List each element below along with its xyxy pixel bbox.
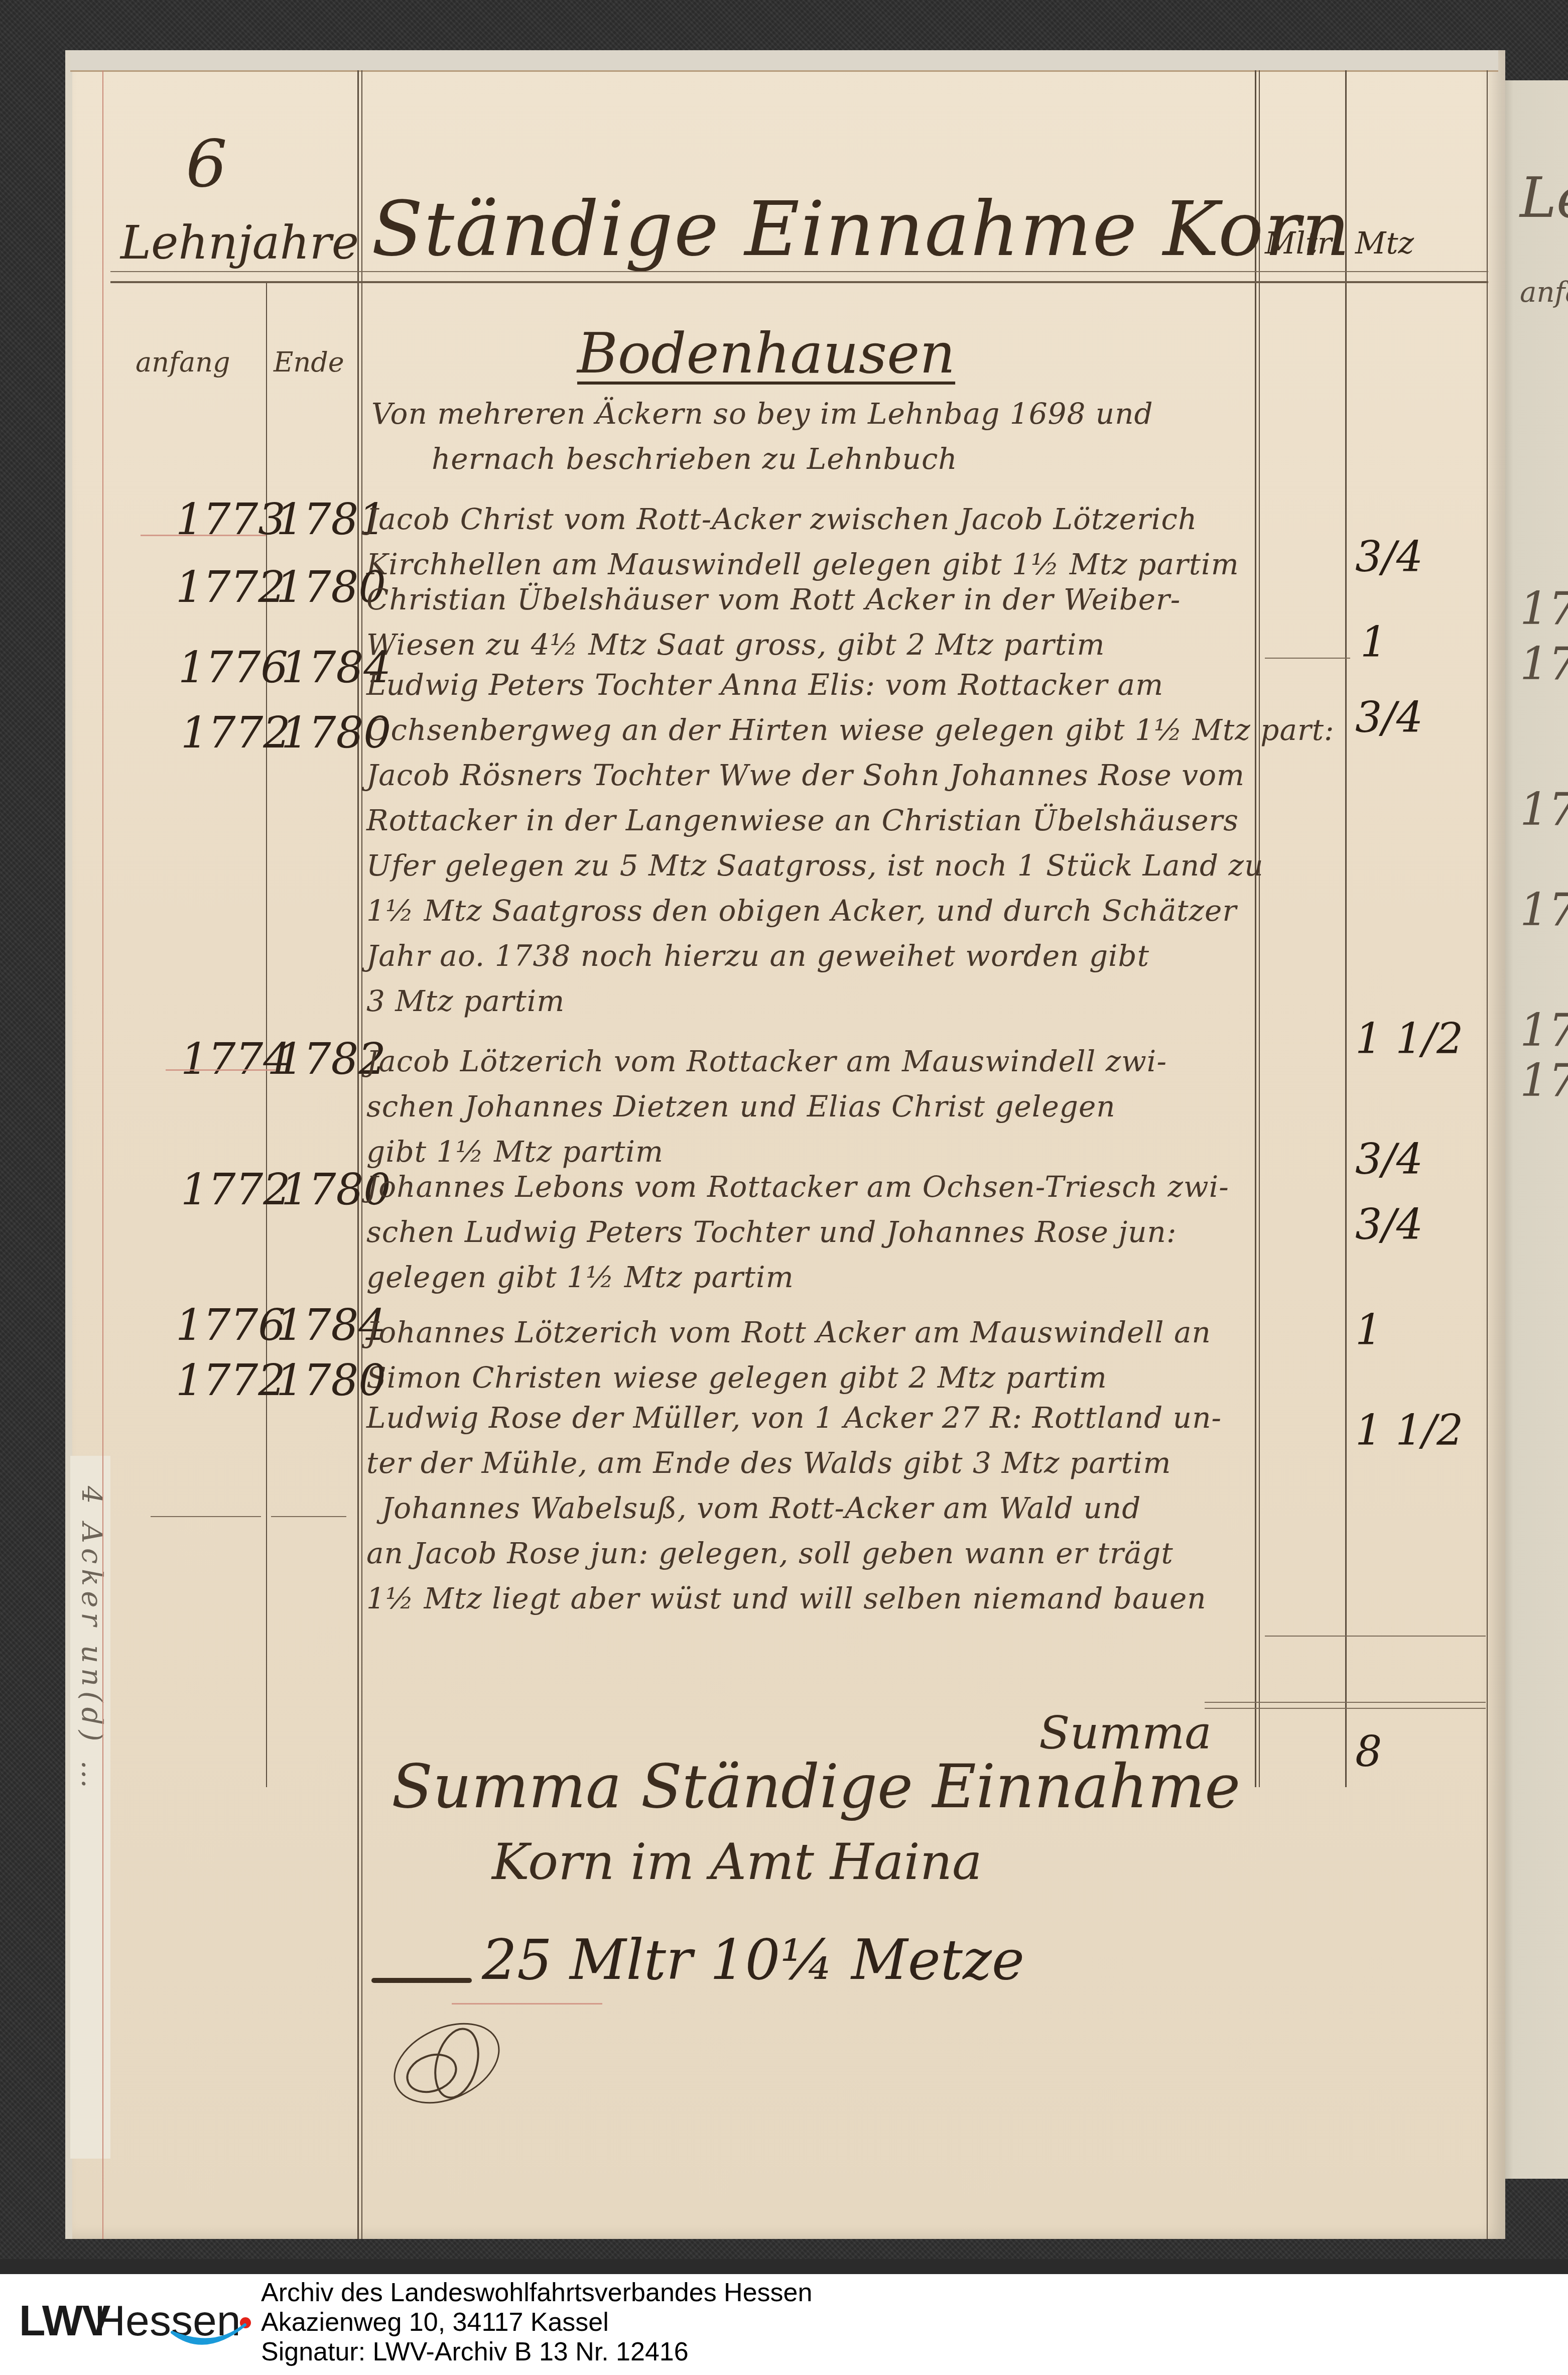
red-underline: [166, 1069, 276, 1071]
entry-line: Kirchhellen am Mauswindell gelegen gibt …: [366, 547, 1239, 581]
entry-metzen: 1: [1355, 1305, 1382, 1354]
archive-signature: Signatur: LWV-Archiv B 13 Nr. 12416: [261, 2337, 812, 2367]
intro-line: hernach beschrieben zu Lehnbuch: [432, 442, 958, 476]
archive-name: Archiv des Landeswohlfahrtsverbandes Hes…: [261, 2278, 812, 2308]
entry-metzen: 3/4: [1355, 693, 1423, 742]
summa-rule-double: [1205, 1708, 1486, 1709]
subheader-ende: Ende: [274, 346, 344, 378]
entry-metzen: 3/4: [1355, 1135, 1423, 1184]
entry-end-rule: [1265, 1636, 1486, 1637]
archive-address: Akazienweg 10, 34117 Kassel: [261, 2308, 812, 2337]
column-header-metzen: Mtz: [1355, 226, 1414, 261]
facing-page-year: 177: [1520, 884, 1568, 936]
column-header-main: Ständige Einnahme Korn: [371, 186, 1351, 273]
section-title: Bodenhausen: [577, 321, 955, 386]
page-top-edge: [70, 50, 1498, 72]
binding-margin-strip: 4 Acker un(d) …: [70, 1456, 110, 2159]
summa-rule: [1205, 1702, 1486, 1703]
red-underline: [452, 2003, 602, 2005]
entry-line: an Jacob Rose jun: gelegen, soll geben w…: [366, 1536, 1173, 1570]
red-underline: [141, 535, 266, 536]
entry-line: Johannes Lebons vom Rottacker am Ochsen-…: [366, 1170, 1229, 1204]
entry-metzen: 3/4: [1355, 532, 1423, 581]
right-edge-rule: [1487, 70, 1488, 2239]
grand-total-amount: 25 Mltr 10¼ Metze: [482, 1928, 1024, 1992]
entry-line: gelegen gibt 1½ Mtz partim: [366, 1260, 794, 1294]
entry-line: Jacob Lötzerich vom Rottacker am Mauswin…: [366, 1044, 1167, 1078]
facing-page-year: 177: [1520, 783, 1568, 836]
header-rule-double: [110, 271, 1488, 272]
facing-page-edge: Lehn anfang 177 177 177 177 176 177: [1500, 80, 1568, 2179]
malter-column-rule: [1255, 70, 1256, 1787]
entry-line: ter der Mühle, am Ende des Walds gibt 3 …: [366, 1446, 1171, 1480]
entry-metzen: 1 1/2: [1355, 1406, 1463, 1455]
entry-line: schen Johannes Dietzen und Elias Christ …: [366, 1089, 1116, 1123]
facing-page-year: 177: [1520, 638, 1568, 690]
entry-line: 1½ Mtz Saatgross den obigen Acker, und d…: [366, 894, 1237, 928]
entry-line: Simon Christen wiese gelegen gibt 2 Mtz …: [366, 1360, 1107, 1395]
entry-line: Christian Übelshäuser vom Rott Acker in …: [366, 582, 1181, 616]
entry-line: Ochsenbergweg an der Hirten wiese gelege…: [366, 713, 1335, 747]
metzen-column-rule: [1345, 70, 1347, 1787]
entry-line: schen Ludwig Peters Tochter und Johannes…: [366, 1215, 1177, 1249]
flourish-stroke: [371, 1978, 472, 1983]
entry-anfang: 1772: [176, 562, 286, 612]
facing-page-year: 177: [1520, 1054, 1568, 1107]
entry-ende: 1780: [281, 708, 391, 758]
lwv-hessen-logo: LWV Hessen: [19, 2287, 255, 2352]
logo-blue-swoosh-icon: [170, 2322, 250, 2352]
entry-line: 3 Mtz partim: [366, 984, 565, 1018]
entry-anfang: 1774: [181, 1034, 291, 1084]
entry-anfang: 1772: [181, 708, 291, 758]
facing-page-year: 177: [1520, 582, 1568, 635]
entry-ende: 1780: [276, 1355, 386, 1406]
intro-line: Von mehreren Äckern so bey im Lehnbag 16…: [371, 397, 1153, 431]
entry-anfang: 1776: [178, 643, 288, 693]
archive-footer: LWV Hessen Archiv des Landeswohlfahrtsve…: [0, 2274, 1568, 2375]
subheader-anfang: anfang: [136, 346, 230, 378]
entry-line: Jacob Rösners Tochter Wwe der Sohn Johan…: [366, 758, 1245, 792]
entry-line: 1½ Mtz liegt aber wüst und will selben n…: [366, 1581, 1207, 1615]
text-column-rule: [357, 70, 359, 2239]
entry-line: Johannes Lötzerich vom Rott Acker am Mau…: [366, 1315, 1211, 1349]
entry-line: Johannes Wabelsuß, vom Rott-Acker am Wal…: [381, 1491, 1141, 1525]
entry-anfang: 1776: [176, 1300, 286, 1350]
dash-rule: [1265, 658, 1350, 659]
malter-column-rule-double: [1259, 70, 1260, 1787]
grand-total-line1: Summa Ständige Einnahme: [391, 1752, 1240, 1822]
entry-line: Ludwig Rose der Müller, von 1 Acker 27 R…: [366, 1401, 1222, 1435]
entry-metzen: 1: [1360, 617, 1387, 667]
grand-total-line2: Korn im Amt Haina: [492, 1832, 982, 1891]
entry-line: Ludwig Peters Tochter Anna Elis: vom Rot…: [366, 668, 1163, 702]
entry-line: Jacob Christ vom Rott-Acker zwischen Jac…: [366, 502, 1197, 536]
entry-anfang: 1772: [176, 1355, 286, 1406]
facing-page-sub: anfang: [1520, 276, 1568, 309]
left-margin-rule: [102, 70, 103, 2239]
facing-page-year: 176: [1520, 1004, 1568, 1057]
section-summa-metzen: 8: [1355, 1727, 1382, 1776]
column-header-years: Lehnjahre: [120, 216, 359, 270]
entry-anfang: 1773: [176, 494, 286, 545]
entry-line: Ufer gelegen zu 5 Mtz Saatgross, ist noc…: [366, 848, 1263, 883]
entry-line: Jahr ao. 1738 noch hierzu an geweihet wo…: [366, 939, 1149, 973]
blank-years-dash: [151, 1516, 261, 1517]
text-column-rule-double: [361, 70, 362, 2239]
entry-metzen: 1 1/2: [1355, 1014, 1463, 1063]
entry-line: Rottacker in der Langenwiese an Christia…: [366, 803, 1239, 837]
page-number: 6: [186, 126, 227, 202]
closing-flourish-icon: [381, 2018, 512, 2118]
header-rule: [110, 281, 1488, 283]
facing-page-header: Lehn: [1520, 166, 1568, 230]
entry-anfang: 1772: [181, 1165, 291, 1215]
entry-line: gibt 1½ Mtz partim: [366, 1135, 664, 1169]
archive-info: Archiv des Landeswohlfahrtsverbandes Hes…: [261, 2278, 812, 2367]
entry-metzen: 3/4: [1355, 1200, 1423, 1249]
entry-line: Wiesen zu 4½ Mtz Saat gross, gibt 2 Mtz …: [366, 628, 1105, 662]
column-header-malter: Mltr: [1265, 226, 1332, 261]
blank-years-dash: [271, 1516, 346, 1517]
